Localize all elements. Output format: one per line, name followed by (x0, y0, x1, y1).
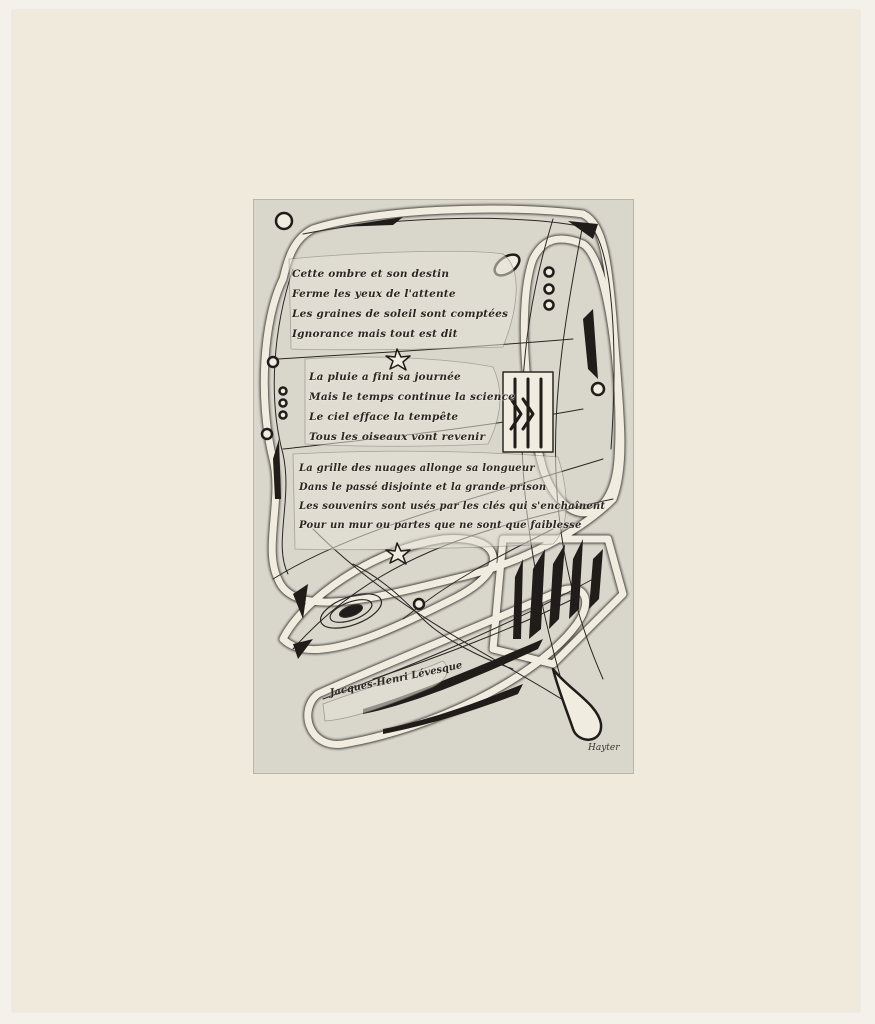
poem-line: Le ciel efface la tempête (309, 407, 515, 427)
poem-line: Pour un mur ou partes que ne sont que fa… (299, 516, 605, 535)
paper-sheet: Cette ombre et son destin Ferme les yeux… (12, 10, 860, 1012)
artist-signature: Hayter (588, 743, 620, 753)
poem-line: Les souvenirs sont usés par les clés qui… (299, 497, 605, 516)
poem-line: Dans le passé disjointe et la grande pri… (299, 478, 605, 497)
poem-stanza-1: Cette ombre et son destin Ferme les yeux… (292, 264, 508, 344)
poem-line: Ferme les yeux de l'attente (292, 284, 508, 304)
poem-stanza-3: La grille des nuages allonge sa longueur… (299, 459, 605, 535)
etching-plate: Cette ombre et son destin Ferme les yeux… (253, 199, 634, 774)
poem-line: Ignorance mais tout est dit (292, 324, 508, 344)
poem-line: La pluie a fini sa journée (309, 367, 515, 387)
poem-line: La grille des nuages allonge sa longueur (299, 459, 605, 478)
poem-line: Tous les oiseaux vont revenir (309, 427, 515, 447)
poem-line: Les graines de soleil sont comptées (292, 304, 508, 324)
poem-line: Cette ombre et son destin (292, 264, 508, 284)
poem-stanza-2: La pluie a fini sa journée Mais le temps… (309, 367, 515, 447)
poem-line: Mais le temps continue la science (309, 387, 515, 407)
